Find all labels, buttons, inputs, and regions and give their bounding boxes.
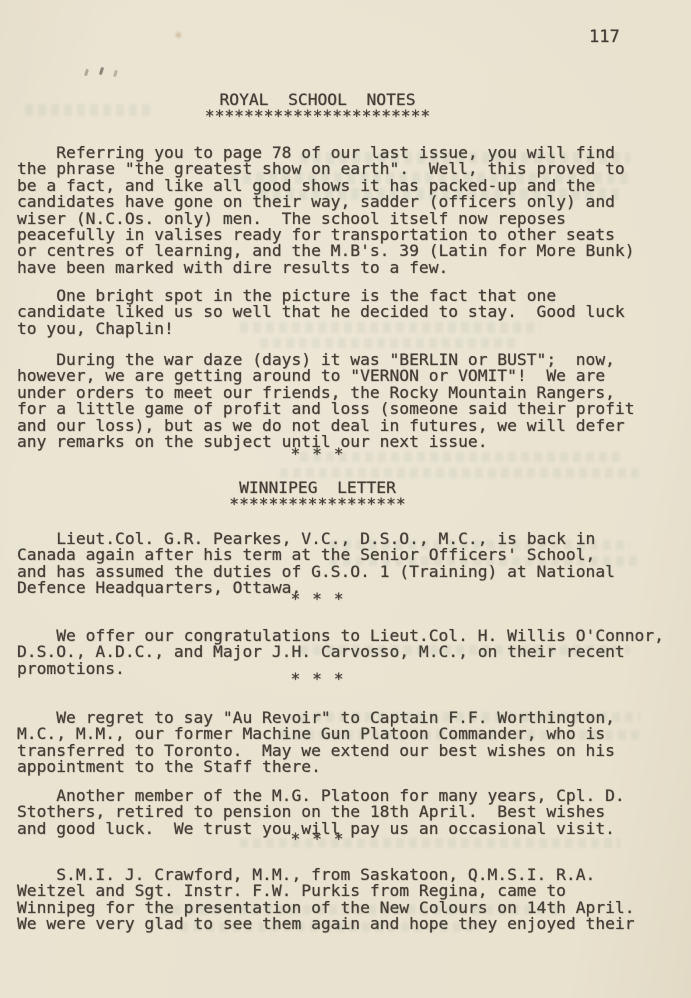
page-number: 117 bbox=[589, 29, 620, 45]
asterisk-separator: * * * bbox=[0, 591, 663, 607]
scanned-page: 117 ROYAL SCHOOL NOTES *****************… bbox=[0, 0, 691, 998]
asterisk-separator: * * * bbox=[0, 831, 663, 847]
asterisk-separator: * * * bbox=[0, 671, 663, 687]
paragraph-one-bright-spot: One bright spot in the picture is the fa… bbox=[17, 288, 625, 337]
ink-stain bbox=[174, 31, 183, 39]
stray-pen-marks bbox=[85, 66, 125, 78]
paragraph-war-daze: During the war daze (days) it was "BERLI… bbox=[17, 352, 635, 450]
bleed-through-smudge bbox=[280, 468, 640, 478]
paragraph-au-revoir-worthington: We regret to say "Au Revoir" to Captain … bbox=[17, 710, 615, 776]
paragraph-crawford-colours: S.M.I. J. Crawford, M.M., from Saskatoon… bbox=[17, 867, 635, 933]
paragraph-pearkes: Lieut.Col. G.R. Pearkes, V.C., D.S.O., M… bbox=[17, 531, 615, 597]
heading-underline-winnipeg: ****************** bbox=[0, 496, 663, 512]
heading-underline-royal: *********************** bbox=[0, 108, 663, 124]
asterisk-separator: * * * bbox=[0, 446, 663, 462]
bleed-through-smudge bbox=[260, 338, 520, 348]
paragraph-referring-page-78: Referring you to page 78 of our last iss… bbox=[17, 145, 635, 276]
